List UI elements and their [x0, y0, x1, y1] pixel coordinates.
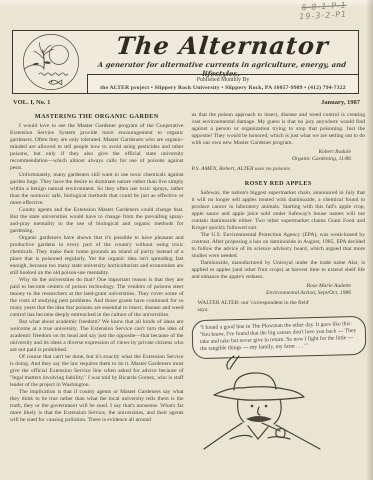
article2-source: Environmental Action, Sept/Oct, 1986	[192, 290, 352, 297]
page-body: MASTERING THE ORGANIC GARDEN I would lov…	[10, 112, 365, 451]
alter-logo-icon	[21, 32, 81, 92]
field-report-says: says:	[192, 307, 366, 314]
article1-title: MASTERING THE ORGANIC GARDEN	[10, 112, 184, 121]
issue-date: January, 1987	[321, 99, 360, 106]
newsletter-page: 6-8-1-P-1 19-3-2-P1 The Alternator A gen…	[0, 0, 373, 480]
volume-number: VOL. I, No. 1	[13, 99, 50, 106]
handwritten-note: 19-3-2-P1	[299, 10, 347, 21]
article2-paragraph: Daminozide, manufactured by Uniroyal und…	[192, 260, 366, 281]
article1-paragraph: But what about academic freedom? We know…	[10, 319, 184, 354]
article2-author: Rose Marie Audette	[192, 283, 352, 290]
article1-paragraph: Why do the universities do that? One imp…	[10, 277, 184, 319]
article1-author: Robert Rodale	[192, 149, 352, 156]
cartoon-block: "I found a good line in The Plowman the …	[192, 318, 366, 357]
issue-line: VOL. I, No. 1 January, 1987	[13, 99, 360, 106]
speech-bubble: "I found a good line in The Plowman the …	[191, 316, 365, 360]
article2-title: ROSEY RED APPLES	[192, 179, 366, 188]
article1-continuation: us that the poison approach to insect, d…	[192, 112, 366, 147]
article1-paragraph: The implication is that if county agents…	[10, 389, 184, 424]
newsletter-title: The Alternator	[90, 33, 356, 59]
published-monthly-line: Published Monthly By	[88, 76, 358, 84]
publisher-line: the ALTER project • Slippery Rock Univer…	[88, 84, 358, 92]
article2-signature: Rose Marie Audette Environmental Action,…	[192, 283, 366, 297]
article1-source: Organic Gardening, 11/86	[192, 156, 352, 163]
article1-postscript: P.S. AMEN, Robert, ALTER uses no poisons	[192, 166, 366, 173]
farmer-cartoon-icon	[200, 369, 328, 451]
publisher-box: Published Monthly By the ALTER project •…	[87, 74, 359, 94]
masthead: The Alternator A generator for alternati…	[12, 30, 359, 94]
article1-paragraph: County agents and the Extension Master G…	[10, 207, 184, 235]
article2-paragraph: The U.S. Environmental Protection Agency…	[192, 232, 366, 260]
article1-paragraph: Organic gardeners have shown that it's p…	[10, 235, 184, 277]
speech-bubble-tail-icon	[218, 355, 242, 371]
article1-paragraph: Of course that can't be done, but it's e…	[10, 354, 184, 389]
article1-signature: Robert Rodale Organic Gardening, 11/86	[192, 149, 366, 163]
left-column: MASTERING THE ORGANIC GARDEN I would lov…	[10, 112, 184, 451]
right-column: us that the poison approach to insect, d…	[192, 112, 366, 451]
field-report-intro: WALTER ALTER: our 'correspondent in the …	[192, 300, 366, 307]
article1-paragraph: Unfortunately, many gardeners still want…	[10, 172, 184, 207]
article2-paragraph: Safeway, the nation's biggest supermarke…	[192, 190, 366, 232]
handwritten-annotations: 6-8-1-P-1 19-3-2-P1	[299, 1, 348, 21]
article1-paragraph: I would love to see the Master Gardener …	[10, 123, 184, 172]
